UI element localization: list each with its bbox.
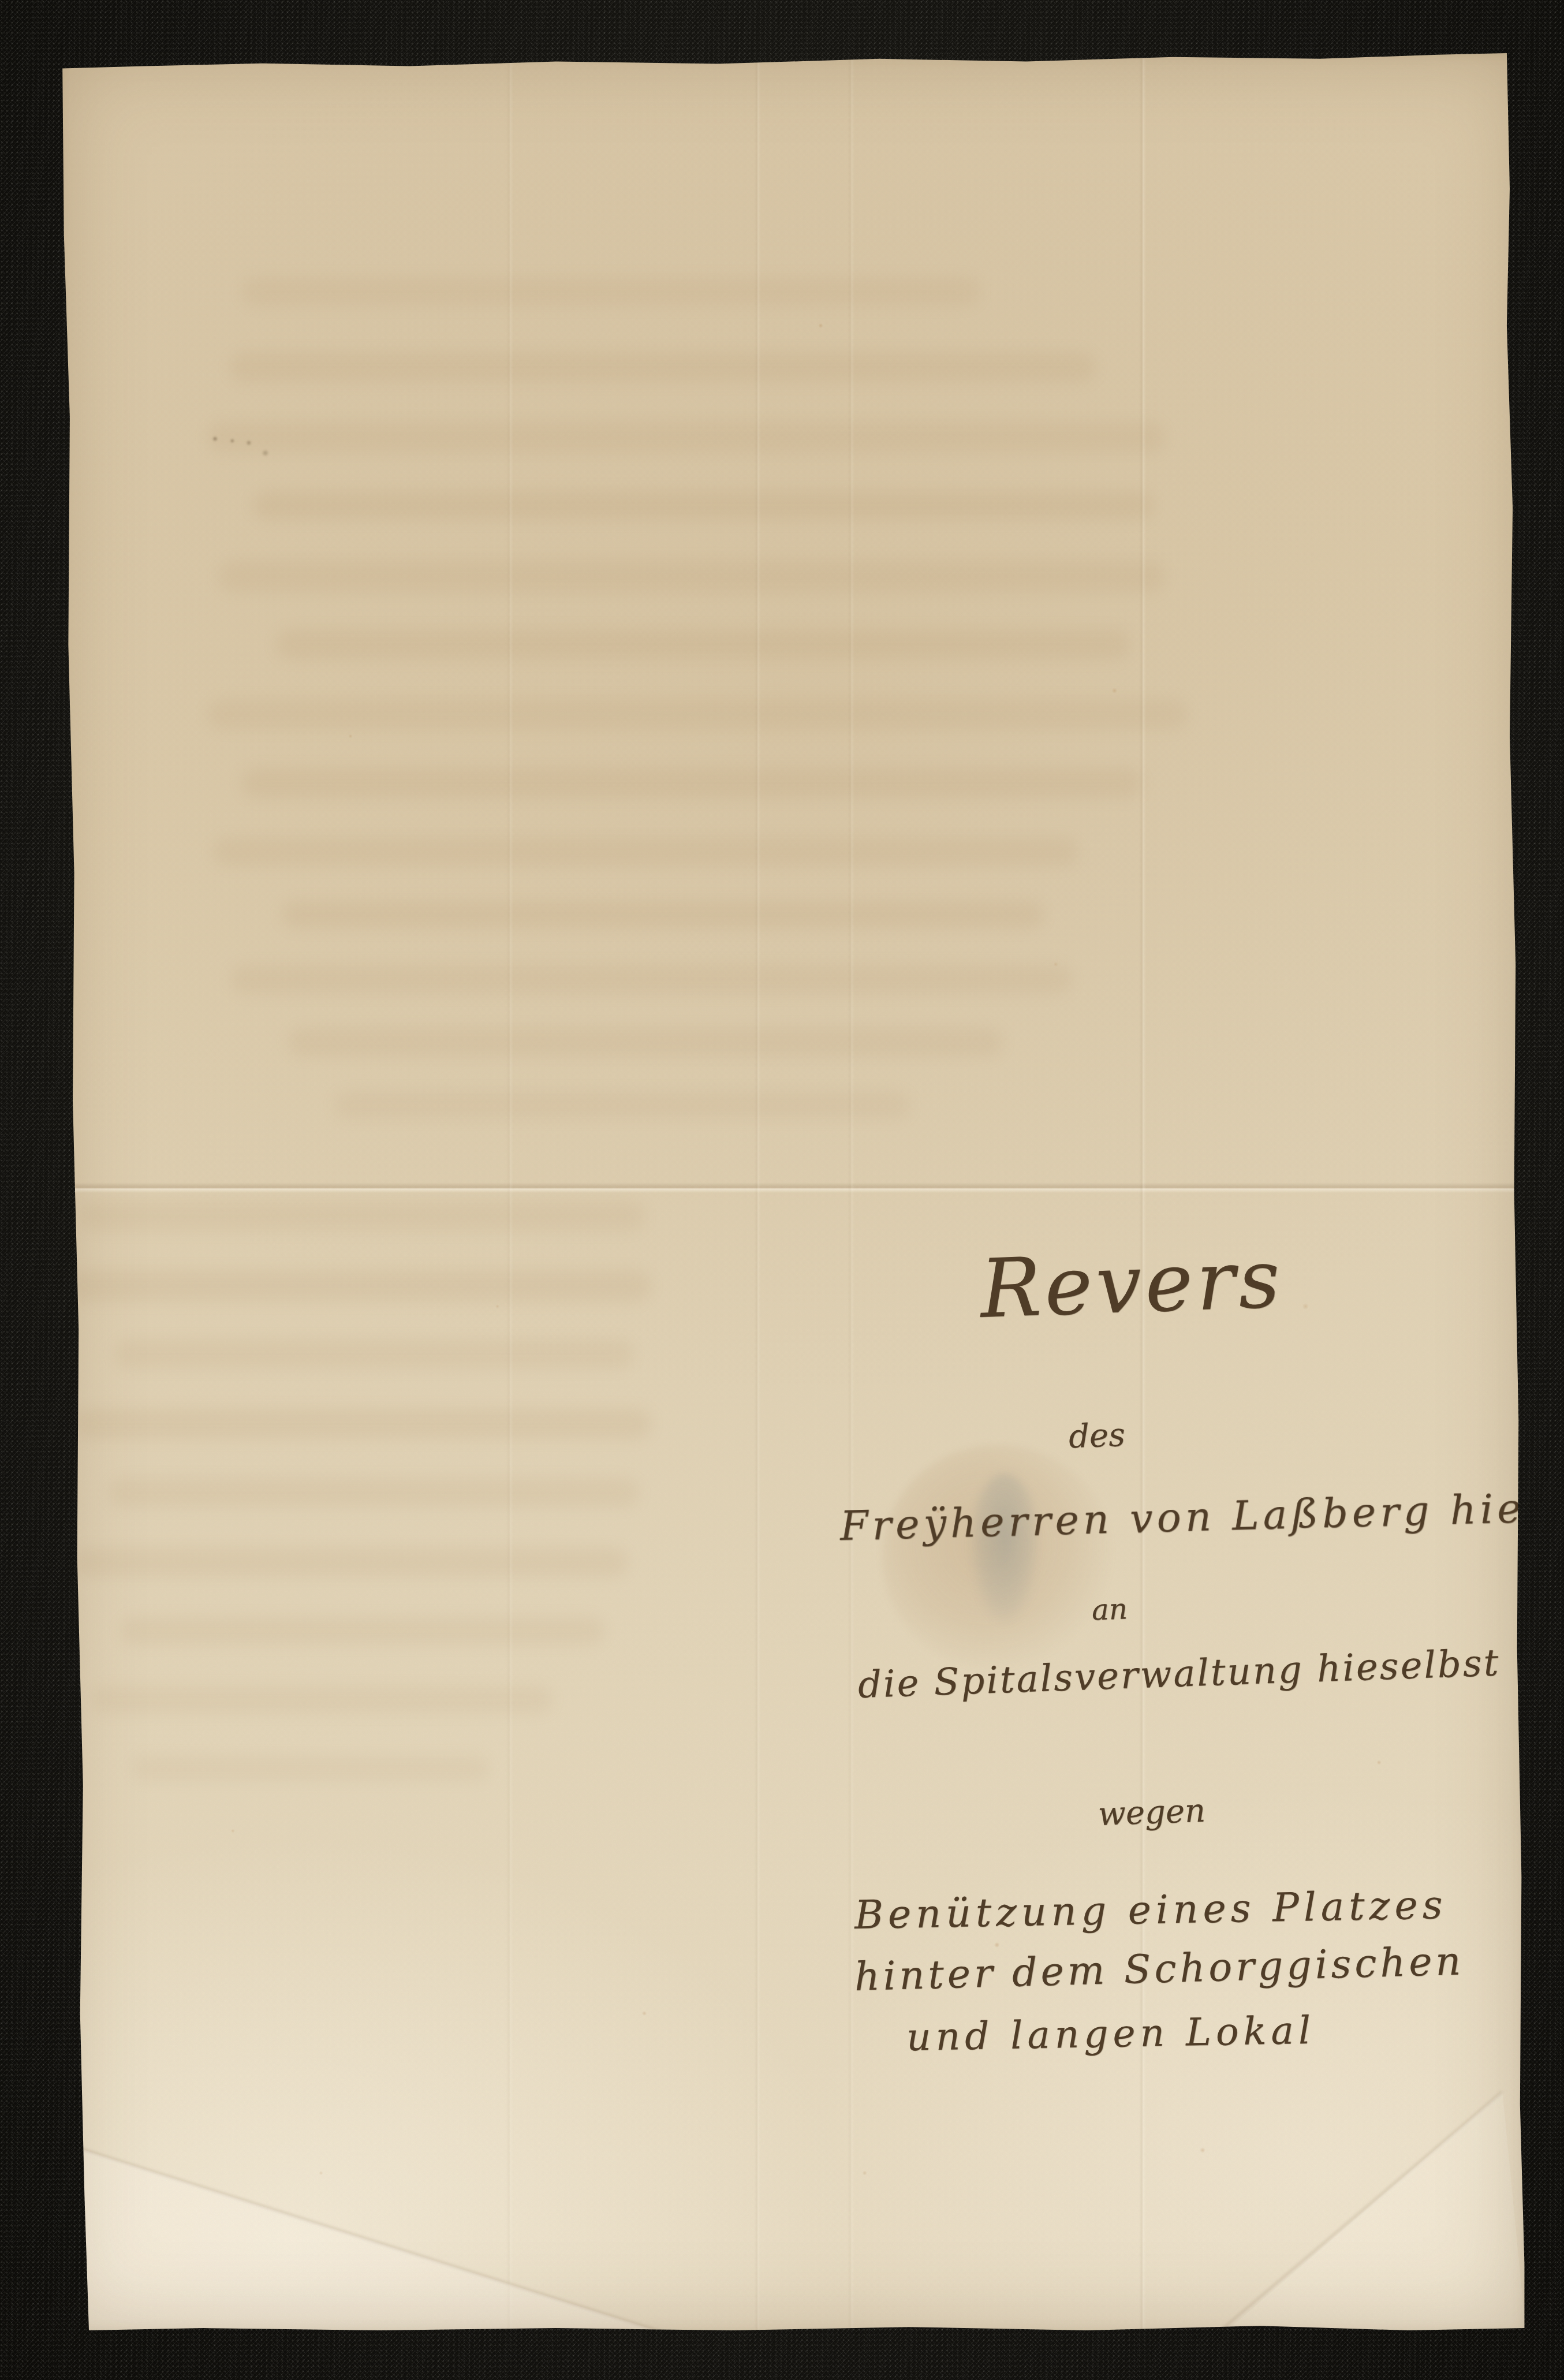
paper-edge-shading <box>57 52 1526 2333</box>
paper-sheet: Revers des Freÿherren von Laßberg hier a… <box>57 52 1526 2333</box>
